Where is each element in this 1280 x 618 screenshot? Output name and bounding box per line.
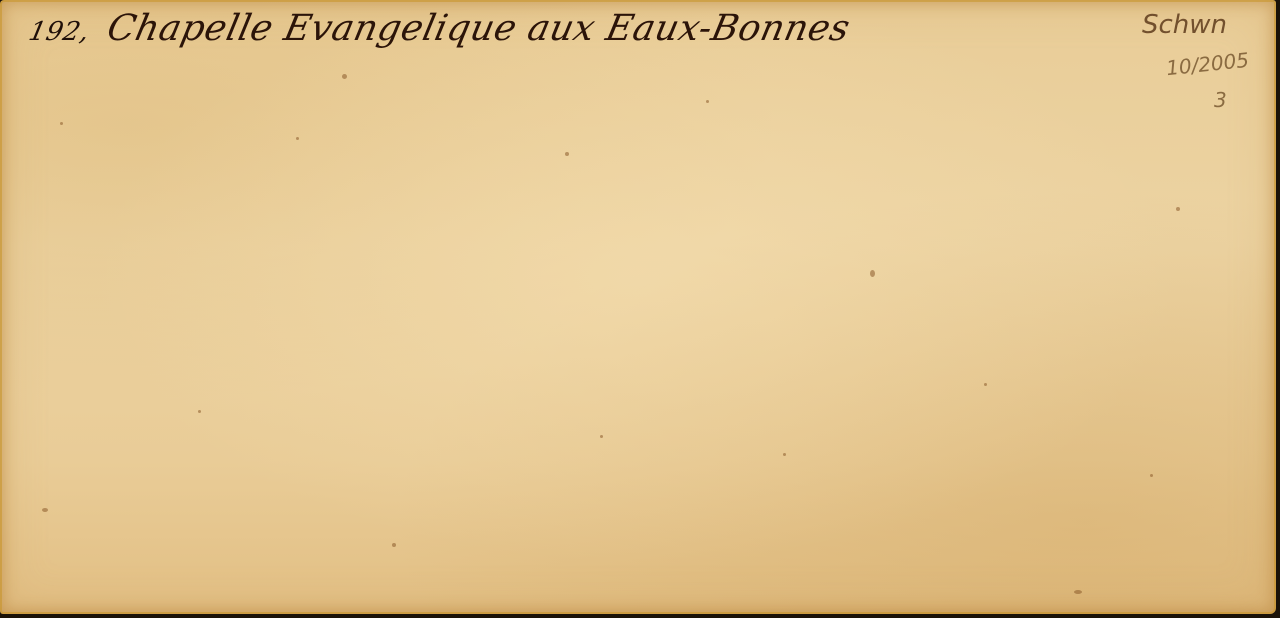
handwritten-title: 192,Chapelle Evangelique aux Eaux-Bonnes [26, 8, 854, 49]
foxing-speck [198, 410, 201, 413]
foxing-speck [870, 270, 875, 277]
foxing-speck [1074, 590, 1082, 594]
foxing-speck [392, 543, 396, 547]
foxing-speck [60, 122, 63, 125]
foxing-speck [984, 383, 987, 386]
foxing-speck [706, 100, 709, 103]
card-back: 192,Chapelle Evangelique aux Eaux-Bonnes… [0, 0, 1276, 614]
pencil-note-number: 3 [1214, 88, 1227, 112]
foxing-speck [1176, 207, 1180, 211]
catalog-number: 192, [26, 17, 92, 47]
foxing-speck [1150, 474, 1153, 477]
pencil-note-name: Schwn [1142, 10, 1227, 40]
foxing-speck [600, 435, 603, 438]
foxing-speck [342, 74, 347, 79]
foxing-speck [42, 508, 48, 512]
pencil-note-date: 10/2005 [1165, 48, 1250, 81]
foxing-speck [565, 152, 569, 156]
foxing-speck [783, 453, 786, 456]
foxing-speck [296, 137, 299, 140]
title-text: Chapelle Evangelique aux Eaux-Bonnes [104, 8, 854, 49]
